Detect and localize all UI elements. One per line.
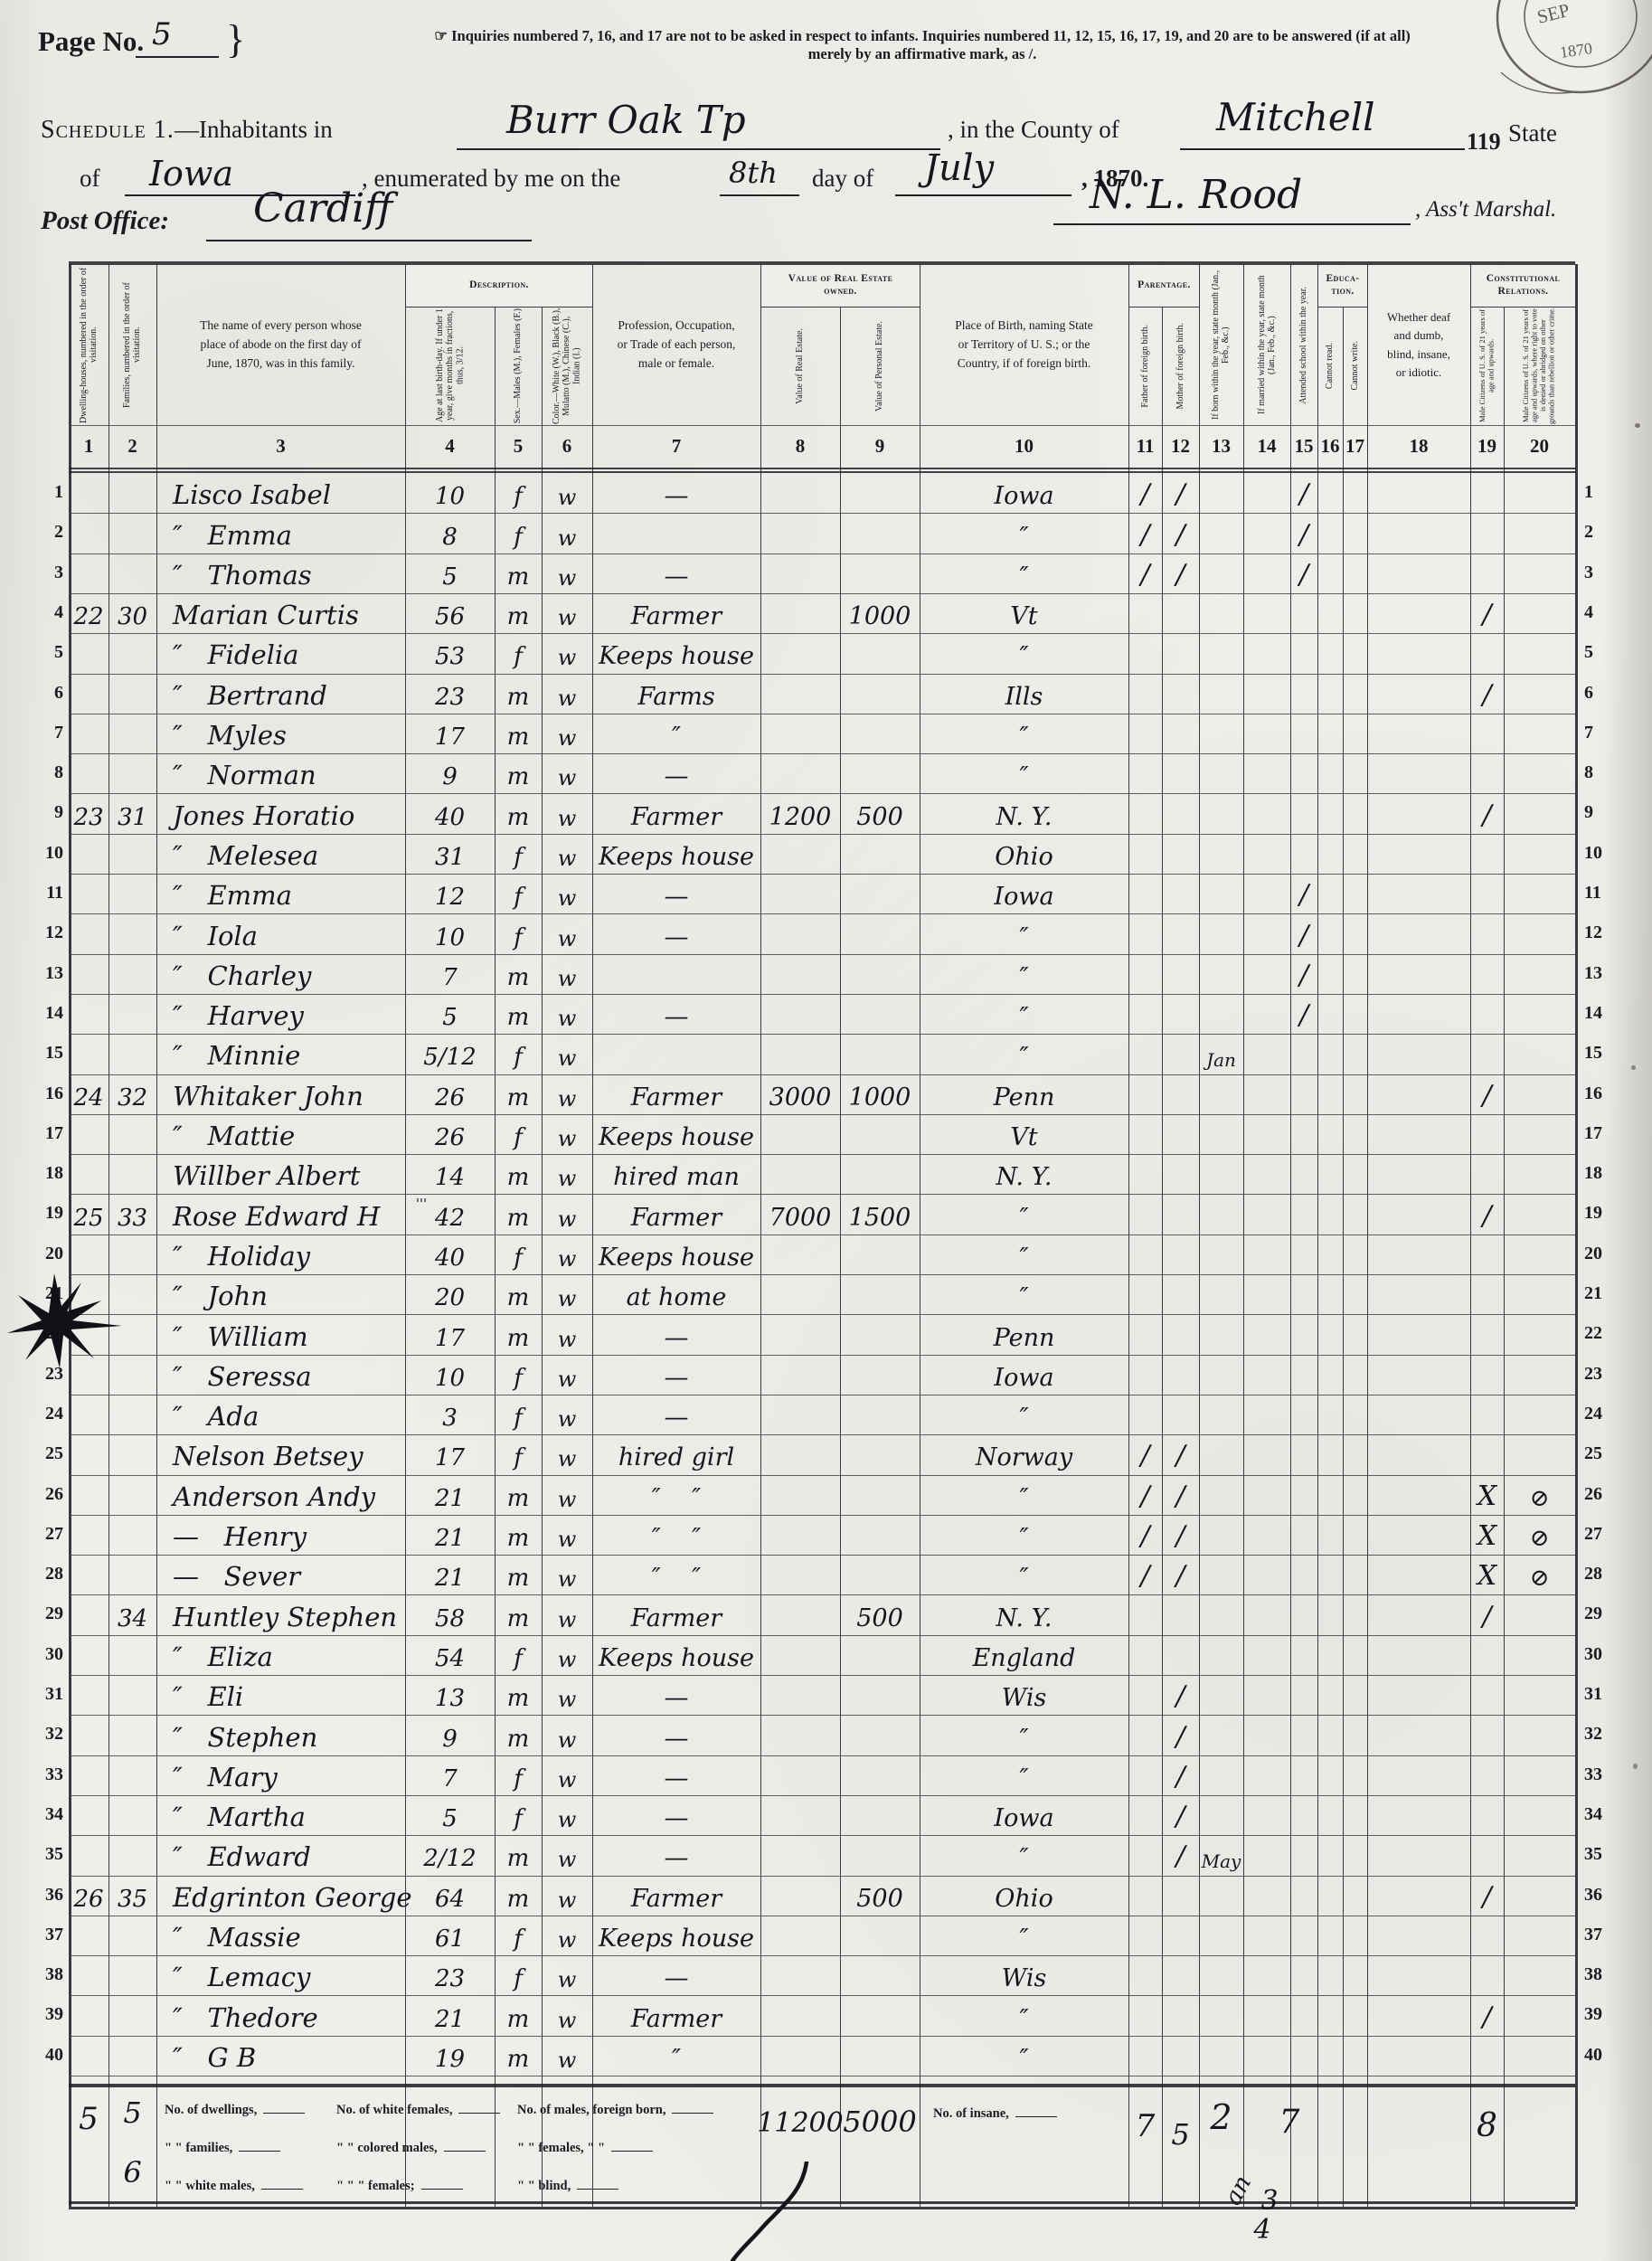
gutter-left-5: 5: [27, 642, 63, 663]
col-number-2: 2: [109, 425, 156, 468]
r4-dwelling: 22: [69, 593, 109, 633]
r10-age: 31: [405, 834, 495, 874]
r35-name: ″ Edward: [156, 1835, 405, 1875]
totals-label-a1-text: No. of dwellings,: [165, 2103, 257, 2117]
gutter-left-31: 31: [27, 1684, 63, 1705]
r36-age: 64: [405, 1876, 495, 1916]
r37-name: ″ Massie: [156, 1916, 405, 1955]
r18-sex: m: [495, 1154, 542, 1194]
r22-sex: m: [495, 1314, 542, 1354]
r17-age: 26: [405, 1114, 495, 1154]
r11-birthplace: Iowa: [920, 874, 1128, 913]
r9-color: w: [542, 793, 592, 833]
r8-age: 9: [405, 753, 495, 793]
gutter-right-36: 36: [1584, 1885, 1624, 1906]
r1-age: 10: [405, 473, 495, 513]
gutter-left-4: 4: [27, 602, 63, 623]
col-header-9: Value of Personal Estate.: [840, 307, 920, 425]
state-label: State: [1508, 119, 1557, 147]
r33-occupation: —: [592, 1755, 760, 1795]
col-header-13-label: If born within the year, state month (Ja…: [1211, 265, 1231, 425]
r38-sex: f: [495, 1955, 542, 1995]
group-header-4: Educa- tion.: [1318, 265, 1367, 307]
r35-birthplace: ″: [920, 1835, 1128, 1875]
r9-name: Jones Horatio: [156, 793, 405, 833]
r9-family: 31: [109, 793, 156, 833]
r3-age: 5: [405, 553, 495, 593]
r34-sex: f: [495, 1795, 542, 1835]
r40-color: w: [542, 2036, 592, 2076]
r17-color: w: [542, 1114, 592, 1154]
r25-mark-father-foreign: /: [1128, 1434, 1162, 1474]
r31-mark-mother-foreign: /: [1162, 1675, 1199, 1715]
gutter-right-29: 29: [1584, 1604, 1624, 1624]
totals-label-insane-text: No. of insane,: [933, 2106, 1009, 2121]
r29-mark-male-citizen: /: [1470, 1594, 1504, 1634]
gutter-left-19: 19: [27, 1203, 63, 1224]
census-page-scan: SEP 1870 Page No. 5 } ☞ Inquiries number…: [0, 0, 1652, 2261]
col-header-16-label: Cannot read.: [1325, 343, 1335, 389]
col-number-19: 19: [1470, 425, 1504, 468]
r20-occupation: Keeps house: [592, 1235, 760, 1274]
r8-color: w: [542, 753, 592, 793]
r21-sex: m: [495, 1274, 542, 1314]
r29-age: 58: [405, 1594, 495, 1634]
col-number-15: 15: [1290, 425, 1317, 468]
r12-occupation: —: [592, 913, 760, 953]
r3-name: ″ Thomas: [156, 553, 405, 593]
r35-month-born: May: [1199, 1835, 1243, 1875]
col-header-17-label: Cannot write.: [1350, 341, 1360, 390]
group-header-3: Parentage.: [1129, 265, 1199, 307]
totals-blank: [1015, 2105, 1057, 2117]
r17-occupation: Keeps house: [592, 1114, 760, 1154]
r3-occupation: —: [592, 553, 760, 593]
totals-blank: [611, 2140, 653, 2152]
col-number-11: 11: [1128, 425, 1162, 468]
gutter-right-13: 13: [1584, 963, 1624, 984]
gutter-left-38: 38: [27, 1964, 63, 1985]
inquiries-note: ☞ Inquiries numbered 7, 16, and 17 are n…: [362, 27, 1483, 63]
gutter-left-1: 1: [27, 482, 63, 503]
totals-label-a2: " " families,: [165, 2140, 280, 2156]
gutter-left-20: 20: [27, 1244, 63, 1264]
post-office-underline: [206, 201, 532, 241]
r21-birthplace: ″: [920, 1274, 1128, 1314]
col-header-14-label: If married within the year, state month …: [1257, 265, 1277, 425]
r9-real-estate: 1200: [760, 793, 840, 833]
r20-birthplace: ″: [920, 1235, 1128, 1274]
gutter-right-26: 26: [1584, 1484, 1624, 1505]
r24-occupation: —: [592, 1395, 760, 1434]
gutter-left-37: 37: [27, 1925, 63, 1945]
r13-sex: m: [495, 954, 542, 994]
r5-age: 53: [405, 633, 495, 673]
r15-sex: f: [495, 1034, 542, 1074]
r16-personal-estate: 1000: [840, 1074, 920, 1114]
totals-label-c3: " " blind,: [517, 2178, 618, 2194]
r9-dwelling: 23: [69, 793, 109, 833]
col-header-12-label: Mother of foreign birth.: [1175, 323, 1185, 410]
r20-age: 40: [405, 1235, 495, 1274]
totals-blank: [577, 2178, 618, 2190]
r35-sex: m: [495, 1835, 542, 1875]
r6-name: ″ Bertrand: [156, 674, 405, 714]
r28-mark-male-citizen: X: [1470, 1555, 1504, 1594]
gutter-right-11: 11: [1584, 883, 1624, 903]
gutter-right-19: 19: [1584, 1203, 1624, 1224]
totals-real-estate: 11200: [760, 2102, 840, 2142]
col-header-3: The name of every person whose place of …: [156, 265, 405, 425]
r28-color: w: [542, 1555, 592, 1594]
r19-age-scribble: ''': [407, 1174, 436, 1214]
gutter-left-18: 18: [27, 1163, 63, 1184]
gutter-right-2: 2: [1584, 522, 1624, 543]
r26-occupation: ″ ″: [592, 1475, 760, 1515]
r9-sex: m: [495, 793, 542, 833]
totals-label-insane: No. of insane,: [933, 2105, 1057, 2122]
col-header-6-label: Color.—White (W.), Black (B.), Mulatto (…: [552, 307, 582, 425]
r40-name: ″ G B: [156, 2036, 405, 2076]
margin-star-mark: [7, 1273, 125, 1368]
r2-age: 8: [405, 513, 495, 553]
r15-age: 5/12: [405, 1034, 495, 1074]
gutter-right-34: 34: [1584, 1804, 1624, 1825]
r26-mark-male-citizen: X: [1470, 1475, 1504, 1515]
ink-speck: [1635, 423, 1640, 428]
r36-birthplace: Ohio: [920, 1876, 1128, 1916]
r19-occupation: Farmer: [592, 1194, 760, 1234]
r7-occupation: ″: [592, 714, 760, 753]
gutter-right-7: 7: [1584, 723, 1624, 743]
r27-mark-mother-foreign: /: [1162, 1515, 1199, 1555]
r4-sex: m: [495, 593, 542, 633]
r26-color: w: [542, 1475, 592, 1515]
r28-age: 21: [405, 1555, 495, 1594]
totals-scribble-4: 4: [1246, 2209, 1279, 2248]
r10-sex: f: [495, 834, 542, 874]
totals-c19: 8: [1470, 2107, 1504, 2147]
gutter-left-9: 9: [27, 802, 63, 823]
month-underline: [895, 159, 1071, 196]
r27-mark-vote-denied: ⊘: [1504, 1515, 1575, 1555]
r7-color: w: [542, 714, 592, 753]
totals-c15: 7: [1261, 2104, 1317, 2143]
r17-name: ″ Mattie: [156, 1114, 405, 1154]
r39-sex: m: [495, 1995, 542, 2035]
col-header-2-label: Families, numbered in the order of visit…: [122, 265, 142, 425]
r8-birthplace: ″: [920, 753, 1128, 793]
col-header-5-label: Sex.—Males (M.), Females (F.): [513, 308, 523, 423]
totals-label-c3-text: " " blind,: [517, 2179, 571, 2193]
r12-sex: f: [495, 913, 542, 953]
totals-label-c1: No. of males, foreign born,: [517, 2102, 713, 2118]
r19-real-estate: 7000: [760, 1194, 840, 1234]
r35-color: w: [542, 1835, 592, 1875]
gutter-right-38: 38: [1584, 1964, 1624, 1985]
gutter-left-32: 32: [27, 1724, 63, 1745]
gutter-left-28: 28: [27, 1564, 63, 1585]
r32-age: 9: [405, 1715, 495, 1755]
group-header-2: Value of Real Estate owned.: [761, 265, 920, 307]
totals-blank: [263, 2102, 305, 2114]
gutter-right-22: 22: [1584, 1323, 1624, 1344]
r31-sex: m: [495, 1675, 542, 1715]
totals-top-border: [69, 2084, 1575, 2087]
page-no-underline: [136, 56, 219, 58]
r18-color: w: [542, 1154, 592, 1194]
r32-color: w: [542, 1715, 592, 1755]
r35-age: 2/12: [405, 1835, 495, 1875]
gutter-left-39: 39: [27, 2004, 63, 2025]
r37-occupation: Keeps house: [592, 1916, 760, 1955]
totals-label-b1: No. of white females,: [336, 2102, 500, 2118]
r23-birthplace: Iowa: [920, 1355, 1128, 1395]
r15-name: ″ Minnie: [156, 1034, 405, 1074]
r39-birthplace: ″: [920, 1995, 1128, 2035]
sheet-number: 119: [1467, 128, 1501, 156]
r27-name: — Henry: [156, 1515, 405, 1555]
r34-birthplace: Iowa: [920, 1795, 1128, 1835]
r4-personal-estate: 1000: [840, 593, 920, 633]
r12-color: w: [542, 913, 592, 953]
col-number-12: 12: [1162, 425, 1199, 468]
r21-name: ″ John: [156, 1274, 405, 1314]
gutter-right-40: 40: [1584, 2045, 1624, 2066]
r30-color: w: [542, 1635, 592, 1675]
r9-occupation: Farmer: [592, 793, 760, 833]
r34-age: 5: [405, 1795, 495, 1835]
schedule-label: Schedule 1.: [41, 116, 175, 145]
r3-mark-attended-school: /: [1290, 553, 1317, 593]
r36-occupation: Farmer: [592, 1876, 760, 1916]
r2-color: w: [542, 513, 592, 553]
r16-family: 32: [109, 1074, 156, 1114]
r16-dwelling: 24: [69, 1074, 109, 1114]
totals-c13: 2: [1199, 2100, 1243, 2140]
r24-color: w: [542, 1395, 592, 1434]
r32-mark-mother-foreign: /: [1162, 1715, 1199, 1755]
gutter-right-32: 32: [1584, 1724, 1624, 1745]
r6-age: 23: [405, 674, 495, 714]
r4-occupation: Farmer: [592, 593, 760, 633]
table-vline-21: [1575, 264, 1578, 2207]
gutter-right-25: 25: [1584, 1443, 1624, 1464]
r30-birthplace: England: [920, 1635, 1128, 1675]
r18-occupation: hired man: [592, 1154, 760, 1194]
gutter-right-21: 21: [1584, 1283, 1624, 1304]
r22-name: ″ William: [156, 1314, 405, 1354]
r14-birthplace: ″: [920, 994, 1128, 1034]
r18-birthplace: N. Y.: [920, 1154, 1128, 1194]
r5-color: w: [542, 633, 592, 673]
r14-sex: m: [495, 994, 542, 1034]
r29-family: 34: [109, 1594, 156, 1634]
r37-age: 61: [405, 1916, 495, 1955]
r32-occupation: —: [592, 1715, 760, 1755]
gutter-right-20: 20: [1584, 1244, 1624, 1264]
gutter-right-15: 15: [1584, 1043, 1624, 1064]
r7-sex: m: [495, 714, 542, 753]
col-header-9-label: Value of Personal Estate.: [874, 321, 884, 412]
of-label: of: [80, 165, 100, 193]
r36-sex: m: [495, 1876, 542, 1916]
r19-mark-male-citizen: /: [1470, 1194, 1504, 1234]
r34-name: ″ Martha: [156, 1795, 405, 1835]
gutter-left-6: 6: [27, 683, 63, 704]
r10-occupation: Keeps house: [592, 834, 760, 874]
gutter-right-16: 16: [1584, 1083, 1624, 1104]
col-header-8-label: Value of Real Estate.: [795, 328, 805, 404]
col-header-18: Whether deaf and dumb, blind, insane, or…: [1367, 265, 1470, 425]
r11-sex: f: [495, 874, 542, 913]
r27-mark-male-citizen: X: [1470, 1515, 1504, 1555]
gutter-left-15: 15: [27, 1043, 63, 1064]
ink-speck: [1633, 1764, 1638, 1769]
r5-sex: f: [495, 633, 542, 673]
r16-birthplace: Penn: [920, 1074, 1128, 1114]
gutter-right-27: 27: [1584, 1524, 1624, 1545]
r35-occupation: —: [592, 1835, 760, 1875]
r36-color: w: [542, 1876, 592, 1916]
col-header-4: Age at last birth-day. If under 1 year, …: [405, 307, 495, 425]
gutter-left-2: 2: [27, 522, 63, 543]
r27-color: w: [542, 1515, 592, 1555]
r19-name: Rose Edward H: [156, 1194, 405, 1234]
gutter-right-10: 10: [1584, 843, 1624, 864]
r25-mark-mother-foreign: /: [1162, 1434, 1199, 1474]
marshal-underline: [1053, 185, 1411, 225]
col-header-4-label: Age at last birth-day. If under 1 year, …: [435, 307, 466, 425]
r1-sex: f: [495, 473, 542, 513]
r22-occupation: —: [592, 1314, 760, 1354]
r39-age: 21: [405, 1995, 495, 2035]
gutter-right-33: 33: [1584, 1764, 1624, 1785]
totals-blank: [421, 2178, 463, 2190]
r1-mark-mother-foreign: /: [1162, 473, 1199, 513]
r40-age: 19: [405, 2036, 495, 2076]
r16-real-estate: 3000: [760, 1074, 840, 1114]
totals-label-b3: " " " females;: [336, 2178, 463, 2194]
col-number-5: 5: [495, 425, 542, 468]
township-underline: [457, 109, 940, 150]
r33-mark-mother-foreign: /: [1162, 1755, 1199, 1795]
col-number-1: 1: [69, 425, 109, 468]
r16-color: w: [542, 1074, 592, 1114]
gutter-right-23: 23: [1584, 1364, 1624, 1385]
r31-name: ″ Eli: [156, 1675, 405, 1715]
gutter-right-24: 24: [1584, 1404, 1624, 1424]
totals-label-a3: " " white males,: [165, 2178, 303, 2194]
r36-mark-male-citizen: /: [1470, 1876, 1504, 1916]
r40-occupation: ″: [592, 2036, 760, 2076]
inquiries-note-line1: ☞ Inquiries numbered 7, 16, and 17 are n…: [362, 27, 1483, 45]
brace-mark: }: [226, 16, 245, 62]
r15-color: w: [542, 1034, 592, 1074]
r26-mark-vote-denied: ⊘: [1504, 1475, 1575, 1515]
r26-name: Anderson Andy: [156, 1475, 405, 1515]
r19-sex: m: [495, 1194, 542, 1234]
r13-name: ″ Charley: [156, 954, 405, 994]
r35-mark-mother-foreign: /: [1162, 1835, 1199, 1875]
r16-sex: m: [495, 1074, 542, 1114]
r23-age: 10: [405, 1355, 495, 1395]
totals-label-b3-text: " " " females;: [336, 2179, 415, 2193]
ink-speck: [1631, 1065, 1636, 1070]
r17-birthplace: Vt: [920, 1114, 1128, 1154]
r9-birthplace: N. Y.: [920, 793, 1128, 833]
col-number-13: 13: [1199, 425, 1243, 468]
bottom-flourish-stroke: [696, 2162, 841, 2261]
r29-occupation: Farmer: [592, 1594, 760, 1634]
r36-family: 35: [109, 1876, 156, 1916]
r5-birthplace: ″: [920, 633, 1128, 673]
totals-dwellings: 5: [69, 2100, 109, 2140]
r30-name: ″ Eliza: [156, 1635, 405, 1675]
r14-mark-attended-school: /: [1290, 994, 1317, 1034]
gutter-left-3: 3: [27, 563, 63, 583]
totals-label-a2-text: " " families,: [165, 2141, 232, 2155]
totals-blank: [458, 2102, 500, 2114]
gutter-left-12: 12: [27, 922, 63, 943]
r8-name: ″ Norman: [156, 753, 405, 793]
r31-birthplace: Wis: [920, 1675, 1128, 1715]
r27-birthplace: ″: [920, 1515, 1128, 1555]
col-header-20-label: Male Citizens of U. S. of 21 years of ag…: [1522, 307, 1556, 425]
gutter-right-39: 39: [1584, 2004, 1624, 2025]
r10-birthplace: Ohio: [920, 834, 1128, 874]
totals-families-b: 6: [109, 2152, 156, 2192]
r16-age: 26: [405, 1074, 495, 1114]
gutter-left-30: 30: [27, 1644, 63, 1665]
gutter-left-7: 7: [27, 723, 63, 743]
r31-color: w: [542, 1675, 592, 1715]
r26-sex: m: [495, 1475, 542, 1515]
gutter-right-6: 6: [1584, 683, 1624, 704]
r4-color: w: [542, 593, 592, 633]
r4-mark-male-citizen: /: [1470, 593, 1504, 633]
r1-name: Lisco Isabel: [156, 473, 405, 513]
r11-name: ″ Emma: [156, 874, 405, 913]
r27-age: 21: [405, 1515, 495, 1555]
r12-birthplace: ″: [920, 913, 1128, 953]
r6-mark-male-citizen: /: [1470, 674, 1504, 714]
r34-color: w: [542, 1795, 592, 1835]
col-header-13: If born within the year, state month (Ja…: [1199, 265, 1243, 425]
r18-name: Willber Albert: [156, 1154, 405, 1194]
day-underline: [720, 159, 799, 196]
r27-sex: m: [495, 1515, 542, 1555]
gutter-left-24: 24: [27, 1404, 63, 1424]
gutter-right-1: 1: [1584, 482, 1624, 503]
r40-sex: m: [495, 2036, 542, 2076]
r6-sex: m: [495, 674, 542, 714]
r22-color: w: [542, 1314, 592, 1354]
r26-mark-father-foreign: /: [1128, 1475, 1162, 1515]
r13-birthplace: ″: [920, 954, 1128, 994]
page-no-label: Page No.: [38, 25, 144, 58]
r2-mark-mother-foreign: /: [1162, 513, 1199, 553]
r21-color: w: [542, 1274, 592, 1314]
r33-age: 7: [405, 1755, 495, 1795]
gutter-left-34: 34: [27, 1804, 63, 1825]
r2-mark-father-foreign: /: [1128, 513, 1162, 553]
r14-occupation: —: [592, 994, 760, 1034]
r39-occupation: Farmer: [592, 1995, 760, 2035]
r6-occupation: Farms: [592, 674, 760, 714]
r24-sex: f: [495, 1395, 542, 1434]
county-underline: [1180, 109, 1465, 150]
